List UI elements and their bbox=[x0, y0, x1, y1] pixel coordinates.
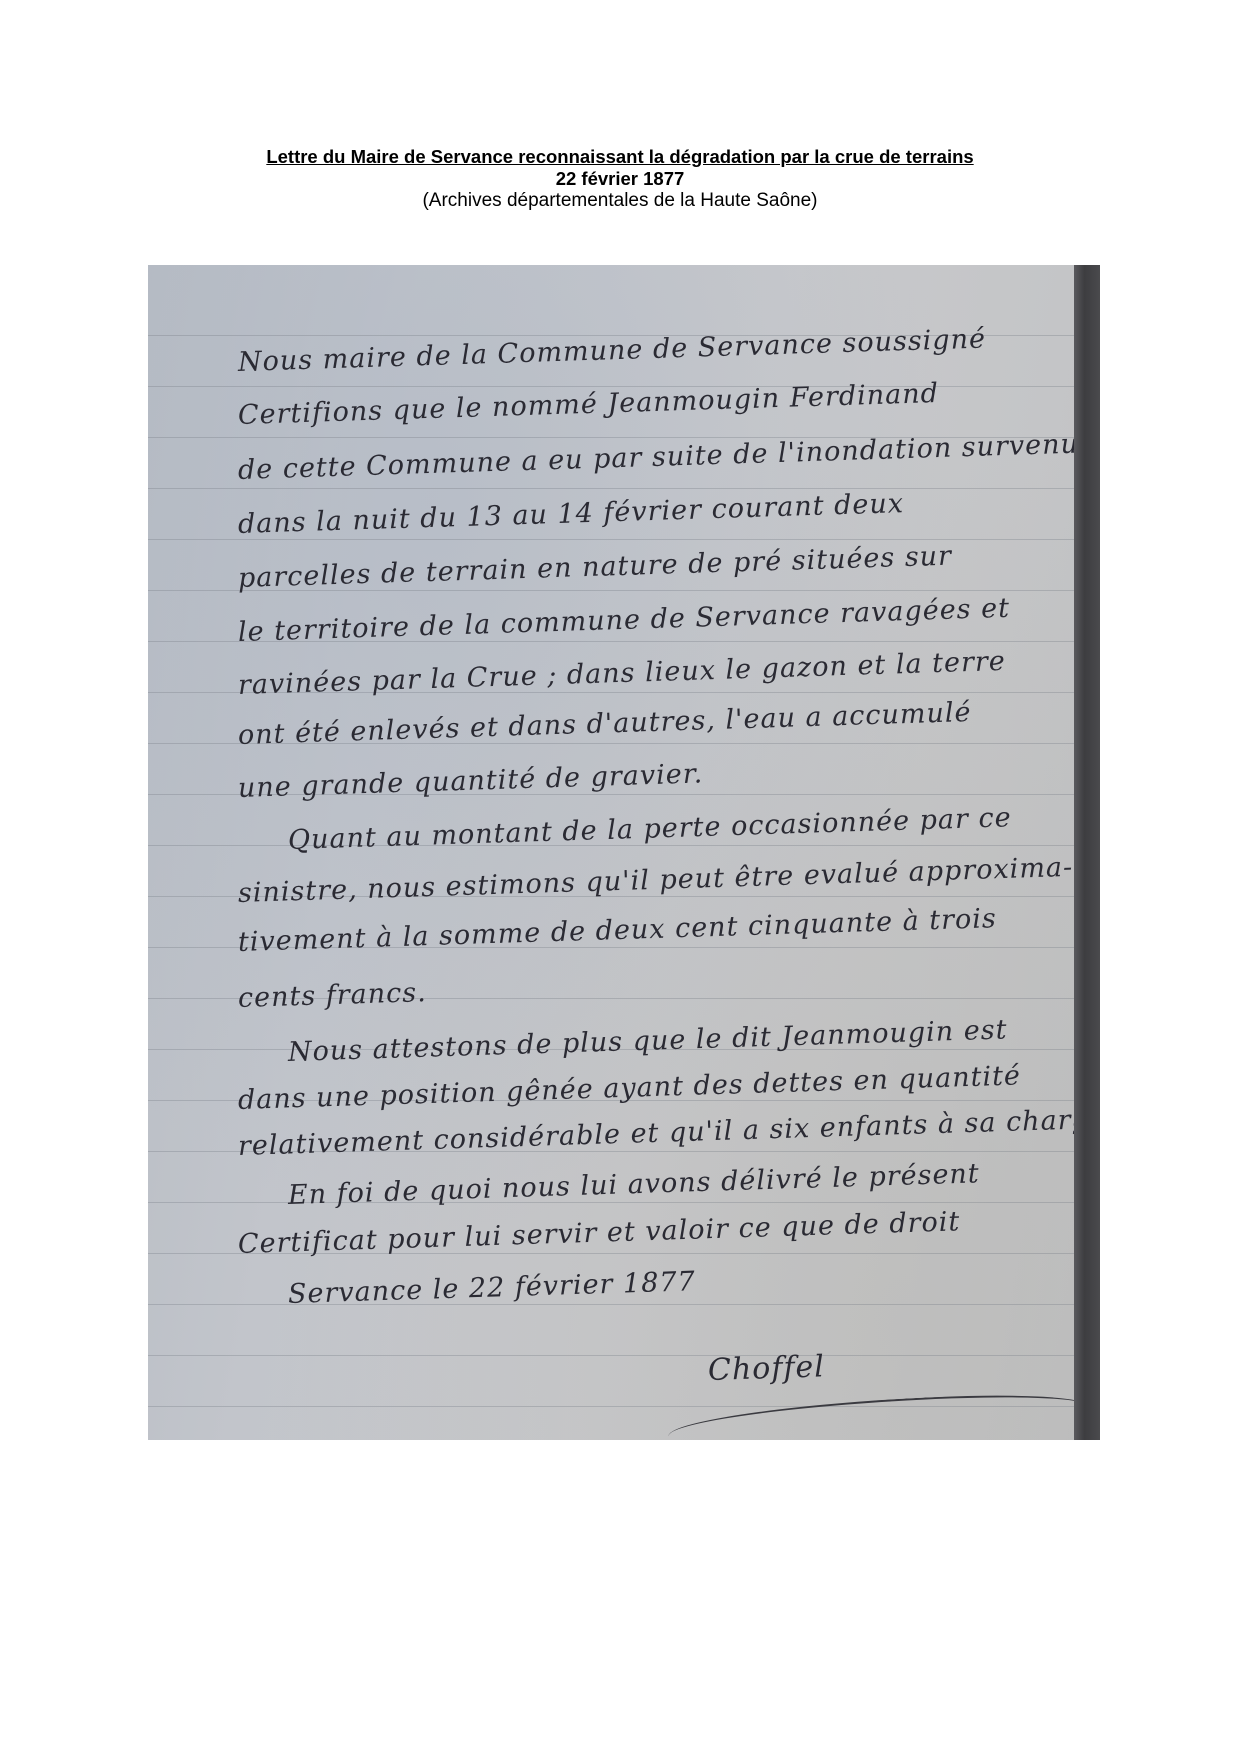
ruled-line bbox=[148, 539, 1074, 540]
photo-dark-edge bbox=[1074, 265, 1100, 1440]
letter-photograph: Nous maire de la Commune de Servance sou… bbox=[148, 265, 1100, 1440]
ruled-line bbox=[148, 1304, 1074, 1305]
document-header: Lettre du Maire de Servance reconnaissan… bbox=[0, 146, 1240, 212]
document-date: 22 février 1877 bbox=[0, 168, 1240, 190]
ruled-line bbox=[148, 1202, 1074, 1203]
document-title: Lettre du Maire de Servance reconnaissan… bbox=[0, 146, 1240, 168]
document-source: (Archives départementales de la Haute Sa… bbox=[0, 190, 1240, 212]
